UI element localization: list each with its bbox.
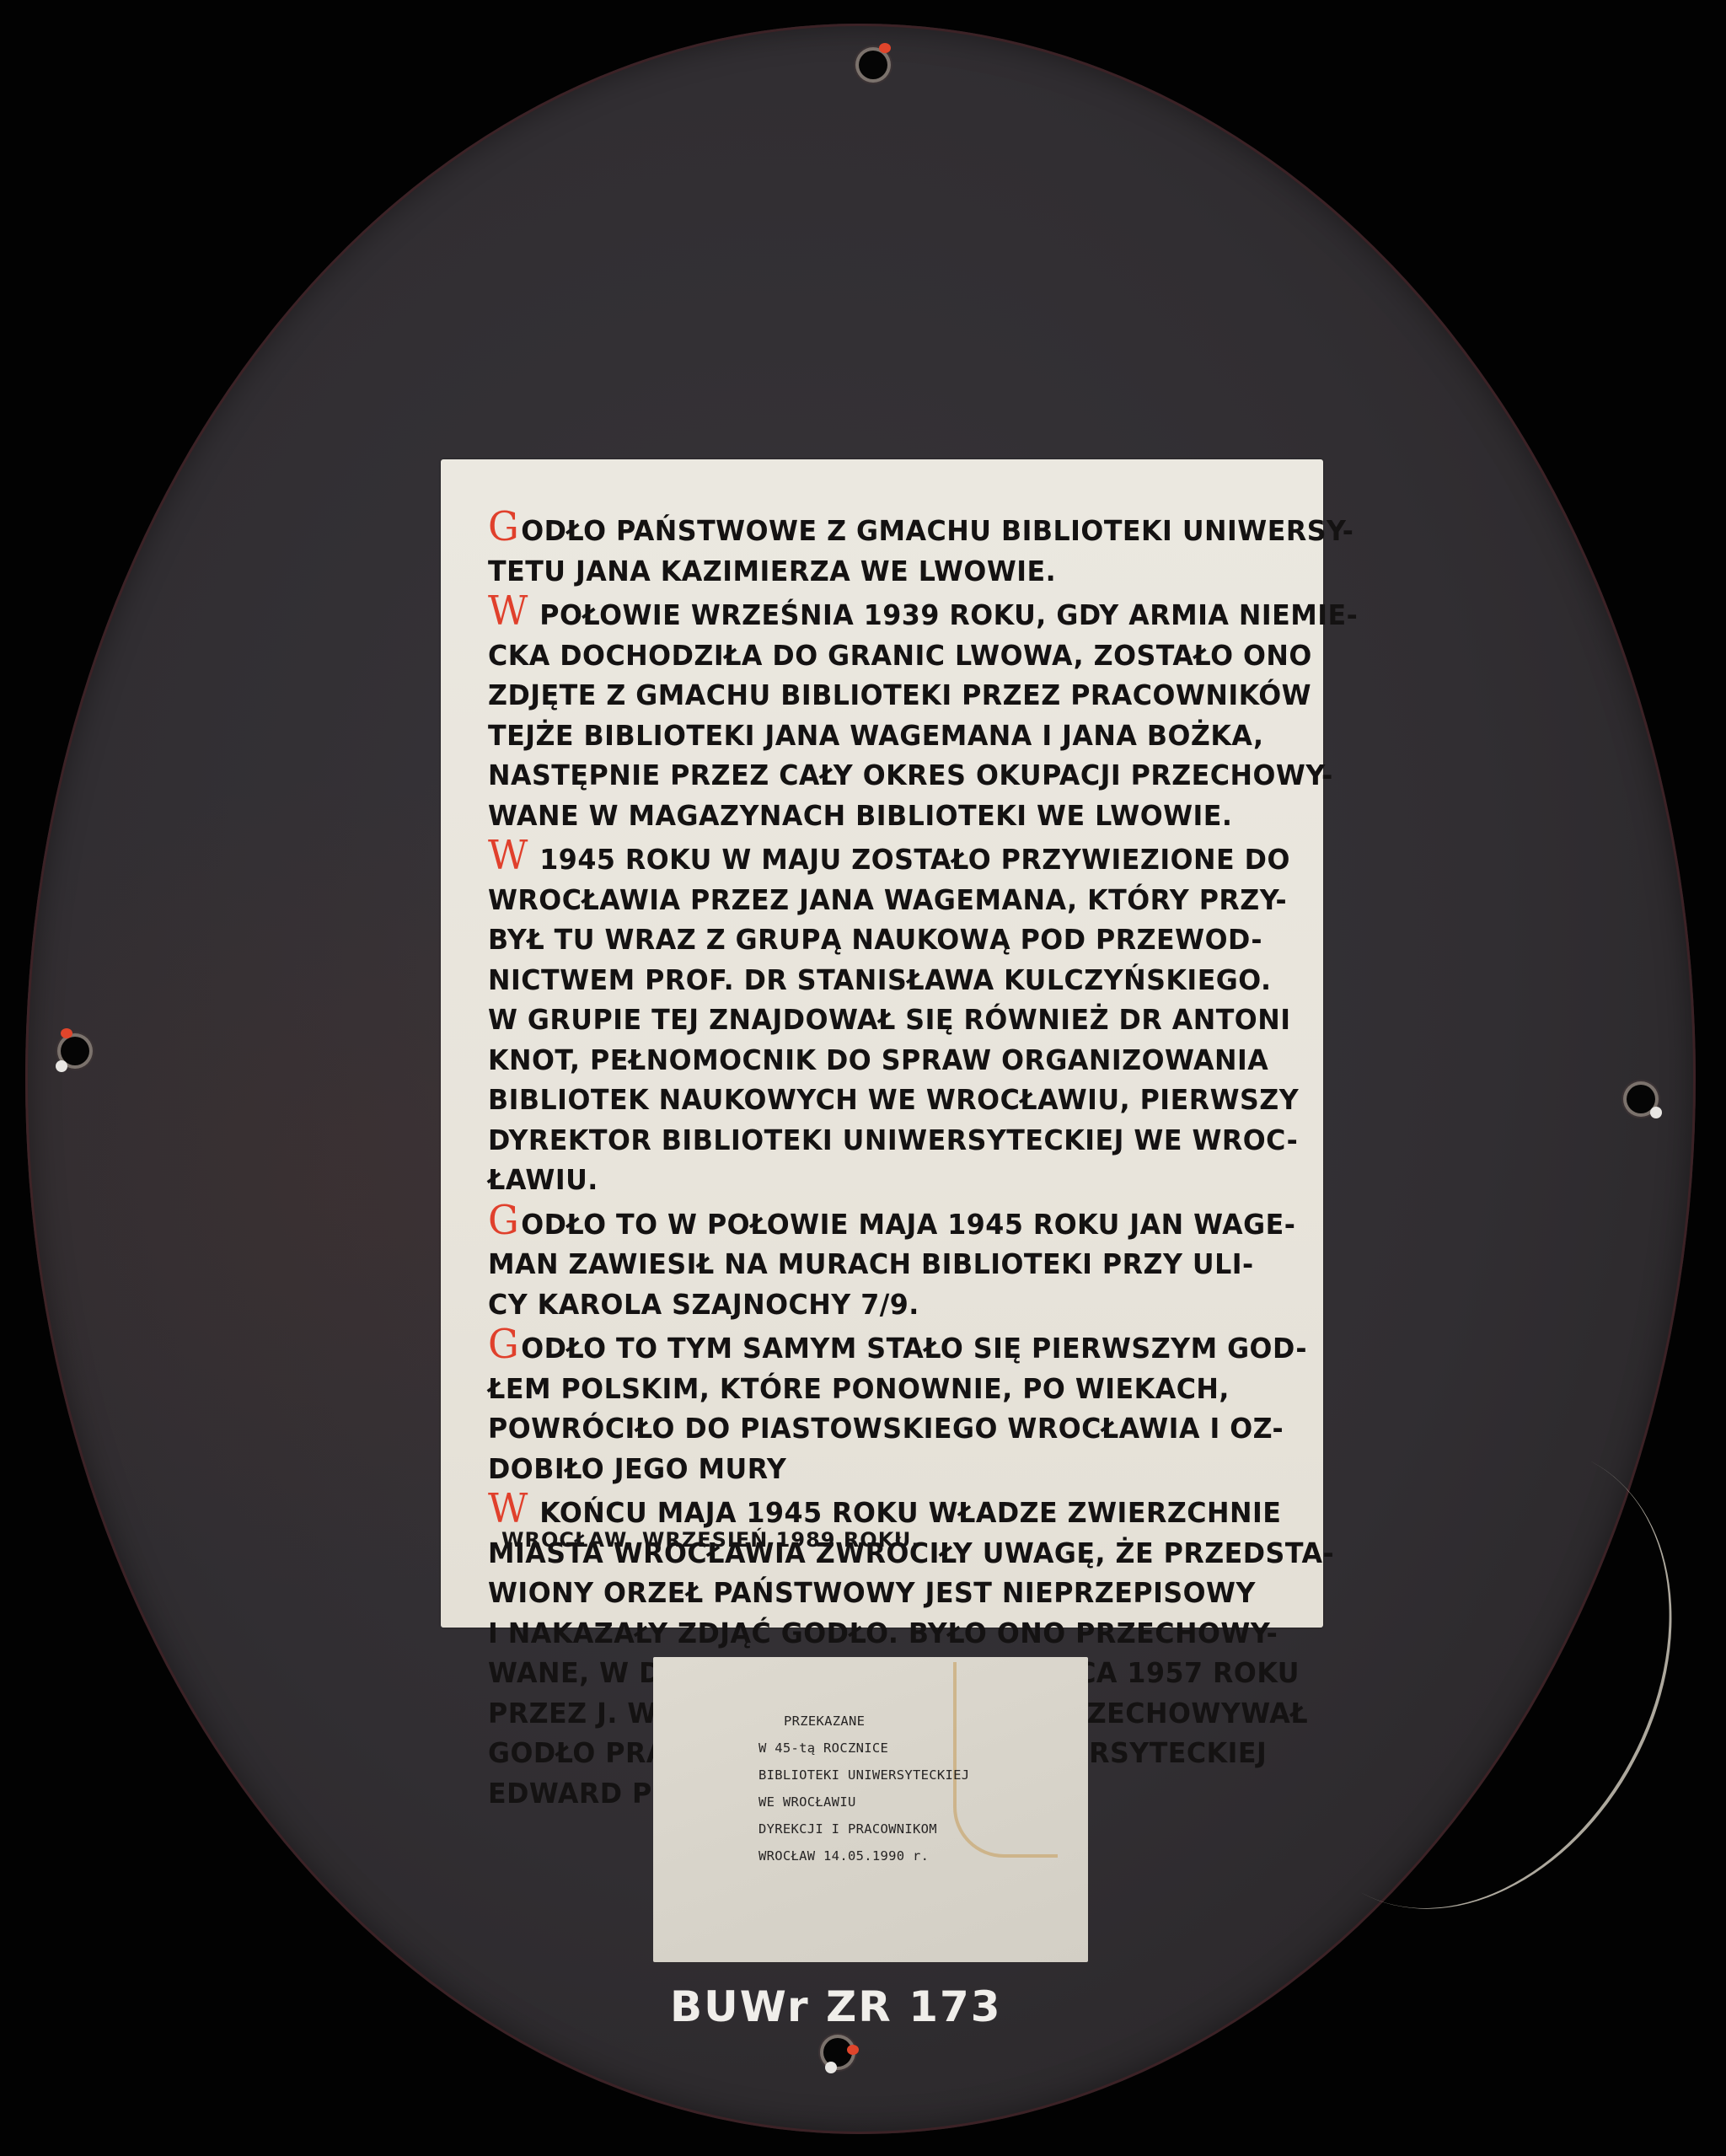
text-line: DOBIŁO JEGO MURY bbox=[488, 1449, 1273, 1489]
text-line: GODŁO PAŃSTWOWE Z GMACHU BIBLIOTEKI UNIW… bbox=[488, 510, 1273, 551]
red-initial: W bbox=[488, 594, 528, 628]
signoff-place-date: WROCŁAW, WRZESIEŃ 1989 ROKU. bbox=[501, 1528, 919, 1552]
text-line: DYREKTOR BIBLIOTEKI UNIWERSYTECKIEJ WE W… bbox=[488, 1120, 1273, 1161]
text-line: KNOT, PEŁNOMOCNIK DO SPRAW ORGANIZOWANIA bbox=[488, 1040, 1273, 1081]
text-line: MAN ZAWIESIŁ NA MURACH BIBLIOTEKI PRZY U… bbox=[488, 1244, 1273, 1284]
text-line: POWRÓCIŁO DO PIASTOWSKIEGO WROCŁAWIA I O… bbox=[488, 1408, 1273, 1449]
red-initial: G bbox=[488, 1204, 519, 1237]
red-paint-chip bbox=[61, 1028, 72, 1038]
white-paint-chip bbox=[56, 1060, 67, 1072]
text-line: I NAKAZAŁY ZDJĄĆ GODŁO. BYŁO ONO PRZECHO… bbox=[488, 1613, 1273, 1654]
label-line: DYREKCJI I PRACOWNIKOM bbox=[758, 1815, 969, 1842]
red-paint-chip bbox=[847, 2045, 859, 2055]
text-line: ZDJĘTE Z GMACHU BIBLIOTEKI PRZEZ PRACOWN… bbox=[488, 675, 1273, 716]
label-line: BIBLIOTEKI UNIWERSYTECKIEJ bbox=[758, 1762, 969, 1789]
inscription-text: GODŁO PAŃSTWOWE Z GMACHU BIBLIOTEKI UNIW… bbox=[488, 510, 1305, 1816]
text-line: ŁEM POLSKIM, KTÓRE PONOWNIE, PO WIEKACH, bbox=[488, 1369, 1273, 1409]
paragraph-5: GODŁO TO TYM SAMYM STAŁO SIĘ PIERWSZYM G… bbox=[488, 1327, 1305, 1488]
bottom-hole-icon bbox=[823, 2038, 852, 2067]
text-line: GODŁO TO TYM SAMYM STAŁO SIĘ PIERWSZYM G… bbox=[488, 1327, 1273, 1369]
white-paint-chip bbox=[825, 2062, 837, 2073]
label-line: PRZEKAZANE bbox=[758, 1708, 969, 1735]
dedication-label: PRZEKAZANE W 45-tą ROCZNICE BIBLIOTEKI U… bbox=[653, 1657, 1088, 1962]
paragraph-3: W 1945 ROKU W MAJU ZOSTAŁO PRZYWIEZIONE … bbox=[488, 839, 1305, 1200]
text-line: BYŁ TU WRAZ Z GRUPĄ NAUKOWĄ POD PRZEWOD- bbox=[488, 920, 1273, 960]
text-line: WIONY ORZEŁ PAŃSTWOWY JEST NIEPRZEPISOWY bbox=[488, 1573, 1273, 1613]
paragraph-1: GODŁO PAŃSTWOWE Z GMACHU BIBLIOTEKI UNIW… bbox=[488, 510, 1305, 591]
text-line: W POŁOWIE WRZEŚNIA 1939 ROKU, GDY ARMIA … bbox=[488, 594, 1273, 636]
red-initial: W bbox=[488, 839, 528, 872]
text-line: WROCŁAWIA PRZEZ JANA WAGEMANA, KTÓRY PRZ… bbox=[488, 880, 1273, 920]
label-line: WE WROCŁAWIU bbox=[758, 1789, 969, 1815]
text-line: CY KAROLA SZAJNOCHY 7/9. bbox=[488, 1284, 1273, 1325]
inscription-sheet: GODŁO PAŃSTWOWE Z GMACHU BIBLIOTEKI UNIW… bbox=[441, 459, 1323, 1628]
top-hole-icon bbox=[859, 51, 887, 79]
red-initial: G bbox=[488, 510, 519, 544]
text-line: ŁAWIU. bbox=[488, 1160, 1273, 1200]
text-line: TEJŻE BIBLIOTEKI JANA WAGEMANA I JANA BO… bbox=[488, 716, 1273, 756]
left-hole-icon bbox=[61, 1037, 89, 1065]
paragraph-4: GODŁO TO W POŁOWIE MAJA 1945 ROKU JAN WA… bbox=[488, 1204, 1305, 1325]
text-line: TETU JANA KAZIMIERZA WE LWOWIE. bbox=[488, 551, 1273, 592]
text-line: W 1945 ROKU W MAJU ZOSTAŁO PRZYWIEZIONE … bbox=[488, 839, 1273, 880]
text-line: CKA DOCHODZIŁA DO GRANIC LWOWA, ZOSTAŁO … bbox=[488, 636, 1273, 676]
label-text: PRZEKAZANE W 45-tą ROCZNICE BIBLIOTEKI U… bbox=[758, 1708, 969, 1869]
label-line: WROCŁAW 14.05.1990 r. bbox=[758, 1842, 969, 1869]
text-line: WANE W MAGAZYNACH BIBLIOTEKI WE LWOWIE. bbox=[488, 796, 1273, 836]
paragraph-2: W POŁOWIE WRZEŚNIA 1939 ROKU, GDY ARMIA … bbox=[488, 594, 1305, 835]
text-line: NICTWEM PROF. DR STANISŁAWA KULCZYŃSKIEG… bbox=[488, 960, 1273, 1000]
right-hole-icon bbox=[1627, 1085, 1655, 1113]
text-line: NASTĘPNIE PRZEZ CAŁY OKRES OKUPACJI PRZE… bbox=[488, 755, 1273, 796]
label-line: W 45-tą ROCZNICE bbox=[758, 1735, 969, 1762]
text-line: W GRUPIE TEJ ZNAJDOWAŁ SIĘ RÓWNIEŻ DR AN… bbox=[488, 1000, 1273, 1040]
text-line: BIBLIOTEK NAUKOWYCH WE WROCŁAWIU, PIERWS… bbox=[488, 1080, 1273, 1120]
white-paint-chip bbox=[1650, 1107, 1662, 1118]
text-line: W KOŃCU MAJA 1945 ROKU WŁADZE ZWIERZCHNI… bbox=[488, 1492, 1273, 1533]
red-paint-chip bbox=[879, 43, 891, 53]
red-initial: G bbox=[488, 1327, 519, 1361]
text-line: GODŁO TO W POŁOWIE MAJA 1945 ROKU JAN WA… bbox=[488, 1204, 1273, 1245]
red-initial: W bbox=[488, 1492, 528, 1526]
inventory-number: BUWr ZR 173 bbox=[670, 1982, 1002, 2031]
